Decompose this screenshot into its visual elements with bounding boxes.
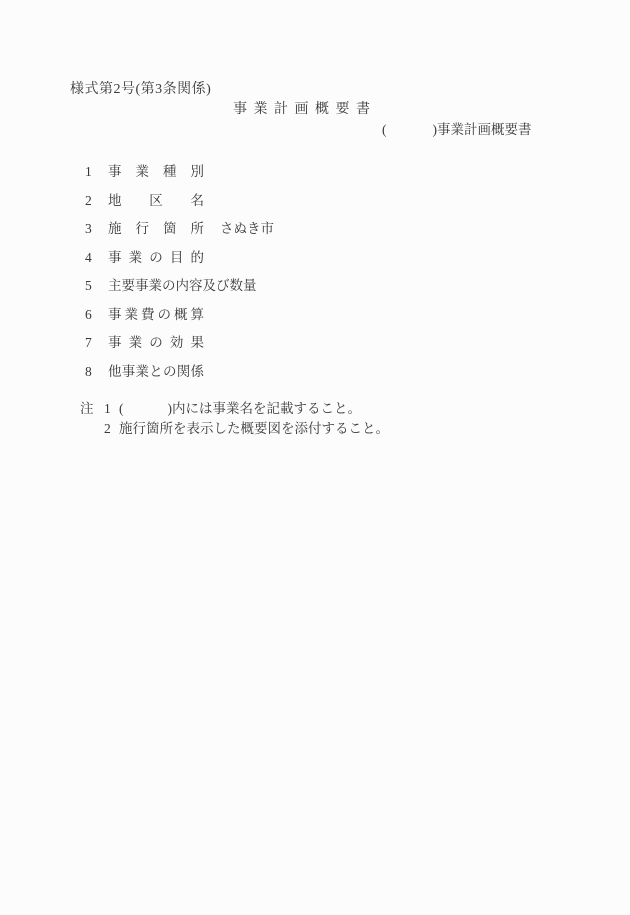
item-value-location: さぬき市 [220,221,274,236]
item-label-business-type: 事業種別 [108,164,204,179]
form-number: 様式第2号(第3条関係) [70,83,211,97]
subtitle-label: 事業計画概要書 [437,122,532,137]
document-page: 様式第2号(第3条関係) 事業計画概要書 ()事業計画概要書 1 事業種別 2 … [0,0,630,915]
subtitle-paren-open: ( [382,122,387,137]
note-number: 1 [104,401,119,416]
item-label-construction-site: 施行箇所 [108,221,204,236]
item-label-business-effect: 事業の効果 [108,335,204,350]
note-row-1: 注 1 ()内には事業名を記載すること。 [80,401,389,416]
item-row-6: 6 事業費の概算 [85,307,274,322]
document-title: 事業計画概要書 [233,103,377,117]
items-list: 1 事業種別 2 地区名 3 施行箇所 さぬき市 4 事業の目的 5 主要事業の… [85,164,274,379]
item-label-cost-estimate: 事業費の概算 [108,307,204,322]
item-number: 3 [85,221,108,236]
item-label-main-business-content: 主要事業の内容及び数量 [108,278,257,293]
item-label-district-name: 地区名 [108,193,204,208]
item-number: 7 [85,335,108,350]
item-number: 4 [85,250,108,265]
item-number: 6 [85,307,108,322]
item-label-relation-other-business: 他事業との関係 [108,364,204,379]
item-number: 5 [85,278,108,293]
document-subtitle: ()事業計画概要書 [382,123,532,137]
item-number: 8 [85,364,108,379]
item-row-4: 4 事業の目的 [85,250,274,265]
item-row-3: 3 施行箇所 さぬき市 [85,221,274,236]
item-row-8: 8 他事業との関係 [85,364,274,379]
item-row-7: 7 事業の効果 [85,335,274,350]
item-number: 2 [85,193,108,208]
note-paren-open: ( [119,401,124,416]
item-row-1: 1 事業種別 [85,164,274,179]
note-row-2: 2 施行箇所を表示した概要図を添付すること。 [80,421,389,436]
item-row-2: 2 地区名 [85,193,274,208]
note-text-body: 内には事業名を記載すること。 [172,401,361,416]
note-marker: 注 [80,401,104,416]
note-text-2: 施行箇所を表示した概要図を添付すること。 [119,421,389,436]
note-number: 2 [104,421,119,436]
item-label-business-purpose: 事業の目的 [108,250,204,265]
note-text-1: ()内には事業名を記載すること。 [119,401,361,416]
notes-section: 注 1 ()内には事業名を記載すること。 2 施行箇所を表示した概要図を添付する… [80,401,389,436]
item-number: 1 [85,164,108,179]
item-row-5: 5 主要事業の内容及び数量 [85,278,274,293]
